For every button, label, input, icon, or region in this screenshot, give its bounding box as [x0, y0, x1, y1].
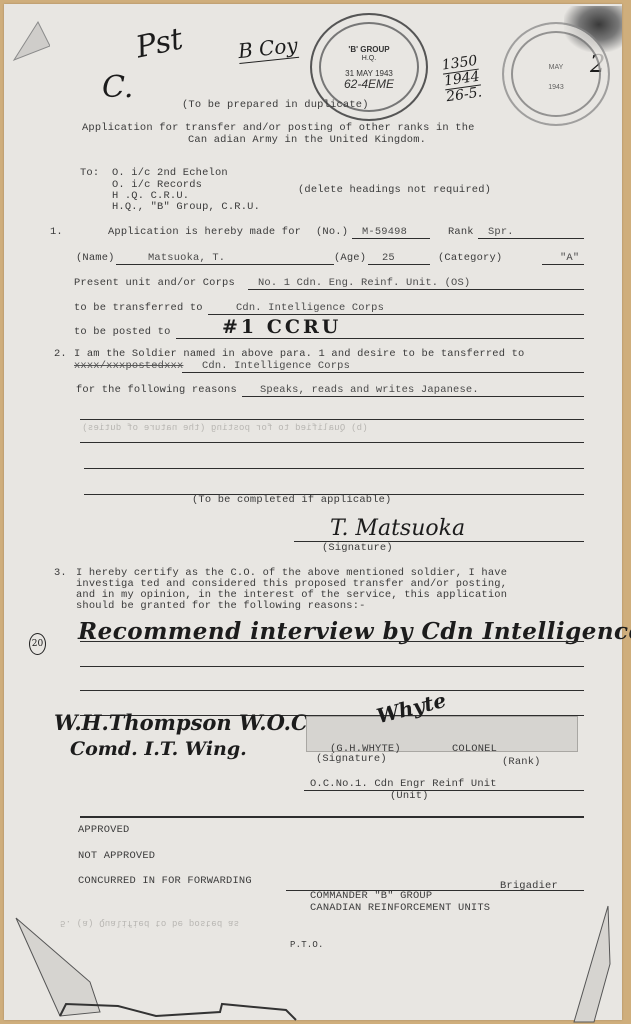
transfer-to-label: to be transferred to [74, 302, 203, 314]
stamp-left-line2: H.Q. [312, 55, 426, 62]
co-unit-line [304, 790, 584, 791]
reasons-line-3 [80, 442, 584, 443]
section2-number: 2. [54, 348, 67, 360]
present-unit-label: Present unit and/or Corps [74, 277, 235, 289]
posted-to-value[interactable]: #1 CCRU [222, 316, 341, 338]
annotation-pst: Pst [133, 22, 186, 66]
soldier-signature: T. Matsuoka [330, 516, 465, 541]
side-note-line1: W.H.Thompson W.O.C [54, 710, 308, 735]
rank-underline [478, 238, 584, 239]
prepared-note: (To be prepared in duplicate) [182, 99, 369, 111]
approved-option[interactable]: APPROVED [78, 824, 129, 836]
document-page: C. Pst B Coy 2 'B' GROUP H.Q. 31 MAY 194… [4, 4, 622, 1020]
co-reason-line-2 [80, 666, 584, 667]
co-unit-value: O.C.No.1. Cdn Engr Reinf Unit [310, 778, 497, 790]
addressee-label: To: [80, 167, 99, 179]
posted-to-label: to be posted to [74, 326, 171, 338]
co-rank: COLONEL [452, 743, 497, 755]
transfer-to-value[interactable]: Cdn. Intelligence Corps [236, 302, 384, 314]
annotation-b-coy: B Coy [237, 33, 299, 64]
commander-line2: CANADIAN REINFORCEMENT UNITS [310, 902, 490, 914]
section3-line4: should be granted for the following reas… [76, 600, 366, 612]
delete-headings-note: (delete headings not required) [298, 184, 491, 196]
category-underline [542, 264, 584, 265]
age-underline [368, 264, 430, 265]
present-unit-underline [248, 289, 584, 290]
transfer-to-underline [208, 314, 584, 315]
co-reason-line-1 [80, 641, 584, 642]
addressee-4: H.Q., "B" Group, C.R.U. [112, 201, 260, 213]
addressee-1: O. i/c 2nd Echelon [112, 167, 228, 179]
form-title-line1: Application for transfer and/or posting … [82, 122, 475, 134]
rank-value[interactable]: Spr. [488, 226, 514, 238]
form-title-line2: Can adian Army in the United Kingdom. [188, 134, 426, 146]
completion-note: (To be completed if applicable) [192, 494, 392, 506]
annotation-c: C. [102, 70, 133, 105]
name-value[interactable]: Matsuoka, T. [148, 252, 225, 264]
bleed-through-text: (b) Qualified to for posting (the nature… [82, 423, 368, 433]
approval-divider [80, 816, 584, 818]
stamp-left-line1: 'B' GROUP [312, 45, 426, 54]
service-number-underline [352, 238, 430, 239]
section1-number: 1. [50, 226, 63, 238]
section1-intro: Application is hereby made for [108, 226, 301, 238]
destination-underline [182, 372, 584, 373]
commander-line1: COMMANDER "B" GROUP [310, 890, 432, 902]
stamp-right-month: MAY [504, 64, 608, 71]
section2-destination[interactable]: Cdn. Intelligence Corps [202, 360, 350, 372]
co-unit-label: (Unit) [390, 790, 429, 802]
section2-statement: I am the Soldier named in above para. 1 … [74, 348, 524, 360]
reasons-underline [242, 396, 584, 397]
concurred-option[interactable]: CONCURRED IN FOR FORWARDING [78, 875, 252, 887]
category-label: (Category) [438, 252, 502, 264]
commander-rank: Brigadier [500, 880, 558, 892]
posted-to-underline [176, 338, 584, 339]
date-stamp-right: MAY 1943 [502, 22, 610, 126]
rank-label: Rank [448, 226, 474, 238]
co-reason-line-3 [80, 690, 584, 691]
bottom-fold-right [564, 904, 614, 1024]
age-value[interactable]: 25 [382, 252, 395, 264]
co-rank-label: (Rank) [502, 756, 541, 768]
name-underline [116, 264, 334, 265]
section3-number: 3. [54, 567, 67, 579]
service-number-label: (No.) [316, 226, 348, 238]
not-approved-option[interactable]: NOT APPROVED [78, 850, 155, 862]
name-label: (Name) [76, 252, 115, 264]
stamp-right-year: 1943 [504, 84, 608, 91]
reasons-value[interactable]: Speaks, reads and writes Japanese. [260, 384, 479, 396]
bottom-fold-left [10, 912, 310, 1022]
side-note-line2: Comd. I.T. Wing. [70, 738, 247, 760]
service-number-value[interactable]: M-59498 [362, 226, 407, 238]
reasons-label: for the following reasons [76, 384, 237, 396]
section2-struck-text: xxxx/xxxpostedxxx [74, 360, 183, 372]
present-unit-value[interactable]: No. 1 Cdn. Eng. Reinf. Unit. (OS) [258, 277, 470, 289]
margin-circle-annotation: 20 [29, 633, 46, 655]
category-value[interactable]: "A" [560, 252, 579, 264]
folded-corner-mark [10, 20, 50, 64]
stamp-left-handwritten: 62-4EME [312, 77, 426, 91]
age-label: (Age) [334, 252, 366, 264]
reference-number: 1350 1944 26-5. [441, 54, 483, 106]
reasons-line-2 [80, 419, 584, 420]
reasons-line-4 [84, 468, 584, 469]
co-signature-label: (Signature) [316, 753, 387, 765]
reference-date: 26-5. [445, 85, 483, 105]
soldier-signature-label: (Signature) [322, 542, 393, 554]
